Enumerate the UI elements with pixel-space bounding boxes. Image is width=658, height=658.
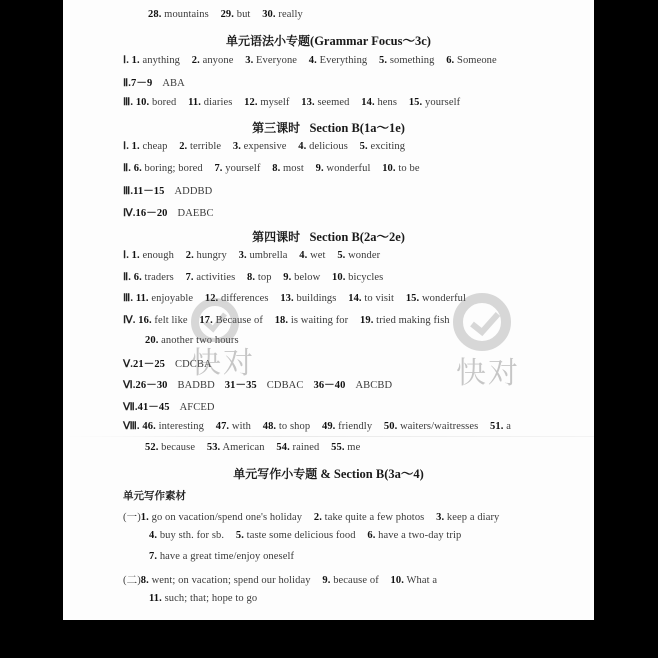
lesson3-part-1: Ⅰ. 1. cheap 2. terrible 3. expensive 4. … bbox=[123, 140, 414, 152]
writing-group-1-line-1: (一)1. go on vacation/spend one's holiday… bbox=[123, 509, 508, 524]
lesson4-part-3: Ⅲ. 11. enjoyable 12. differences 13. bui… bbox=[123, 292, 475, 304]
lesson4-part-5: Ⅴ.21－25CDCBA bbox=[123, 356, 222, 371]
writing-materials-subheading: 单元写作素材 bbox=[123, 488, 186, 503]
watermark-text: 快对 bbox=[456, 348, 520, 392]
section-heading-writing: 单元写作小专题 & Section B(3a～4) bbox=[63, 464, 594, 482]
section-heading-lesson-3: 第三课时 Section B(1a～1e) bbox=[63, 118, 594, 136]
lesson4-part-1: Ⅰ. 1. enough 2. hungry 3. umbrella 4. we… bbox=[123, 249, 389, 261]
writing-group-2-line-1: (二)8. went; on vacation; spend our holid… bbox=[123, 572, 446, 587]
lesson4-part-6: Ⅵ.26－30BADBD31－35CDBAC36－40ABCBD bbox=[123, 377, 402, 392]
grammar-part-1: Ⅰ. 1. anything 2. anyone 3. Everyone 4. … bbox=[123, 54, 506, 66]
writing-group-1-line-2: 4. buy sth. for sb. 5. taste some delici… bbox=[149, 530, 470, 541]
lesson4-part-8-cont: 52. because 53. American 54. rained 55. … bbox=[145, 442, 369, 453]
lesson4-part-2: Ⅱ. 6. traders 7. activities 8. top 9. be… bbox=[123, 271, 392, 283]
grammar-part-2: Ⅱ.7－9ABA bbox=[123, 75, 195, 90]
lesson4-part-8: Ⅷ. 46. interesting 47. with 48. to shop … bbox=[123, 420, 520, 432]
page-fold-shadow bbox=[63, 436, 594, 437]
lesson4-part-4-cont: 20. another two hours bbox=[145, 335, 248, 346]
lesson4-part-4: Ⅳ. 16. felt like 17. Because of 18. is w… bbox=[123, 314, 459, 326]
continued-answers-line: 28. mountains 29. but 30. really bbox=[148, 9, 312, 20]
writing-group-1-line-3: 7. have a great time/enjoy oneself bbox=[149, 551, 303, 562]
lesson3-part-2: Ⅱ. 6. boring; bored 7. yourself 8. most … bbox=[123, 162, 429, 174]
section-heading-grammar-focus: 单元语法小专题(Grammar Focus～3c) bbox=[63, 31, 594, 49]
grammar-part-3: Ⅲ. 10. bored 11. diaries 12. myself 13. … bbox=[123, 96, 469, 108]
lesson3-part-4: Ⅳ.16－20DAEBC bbox=[123, 205, 224, 220]
writing-group-2-line-2: 11. such; that; hope to go bbox=[149, 593, 266, 604]
answer-key-page: 28. mountains 29. but 30. really 单元语法小专题… bbox=[63, 0, 594, 620]
lesson3-part-3: Ⅲ.11－15ADDBD bbox=[123, 183, 222, 198]
lesson4-part-7: Ⅶ.41－45AFCED bbox=[123, 399, 225, 414]
section-heading-lesson-4: 第四课时 Section B(2a～2e) bbox=[63, 227, 594, 245]
